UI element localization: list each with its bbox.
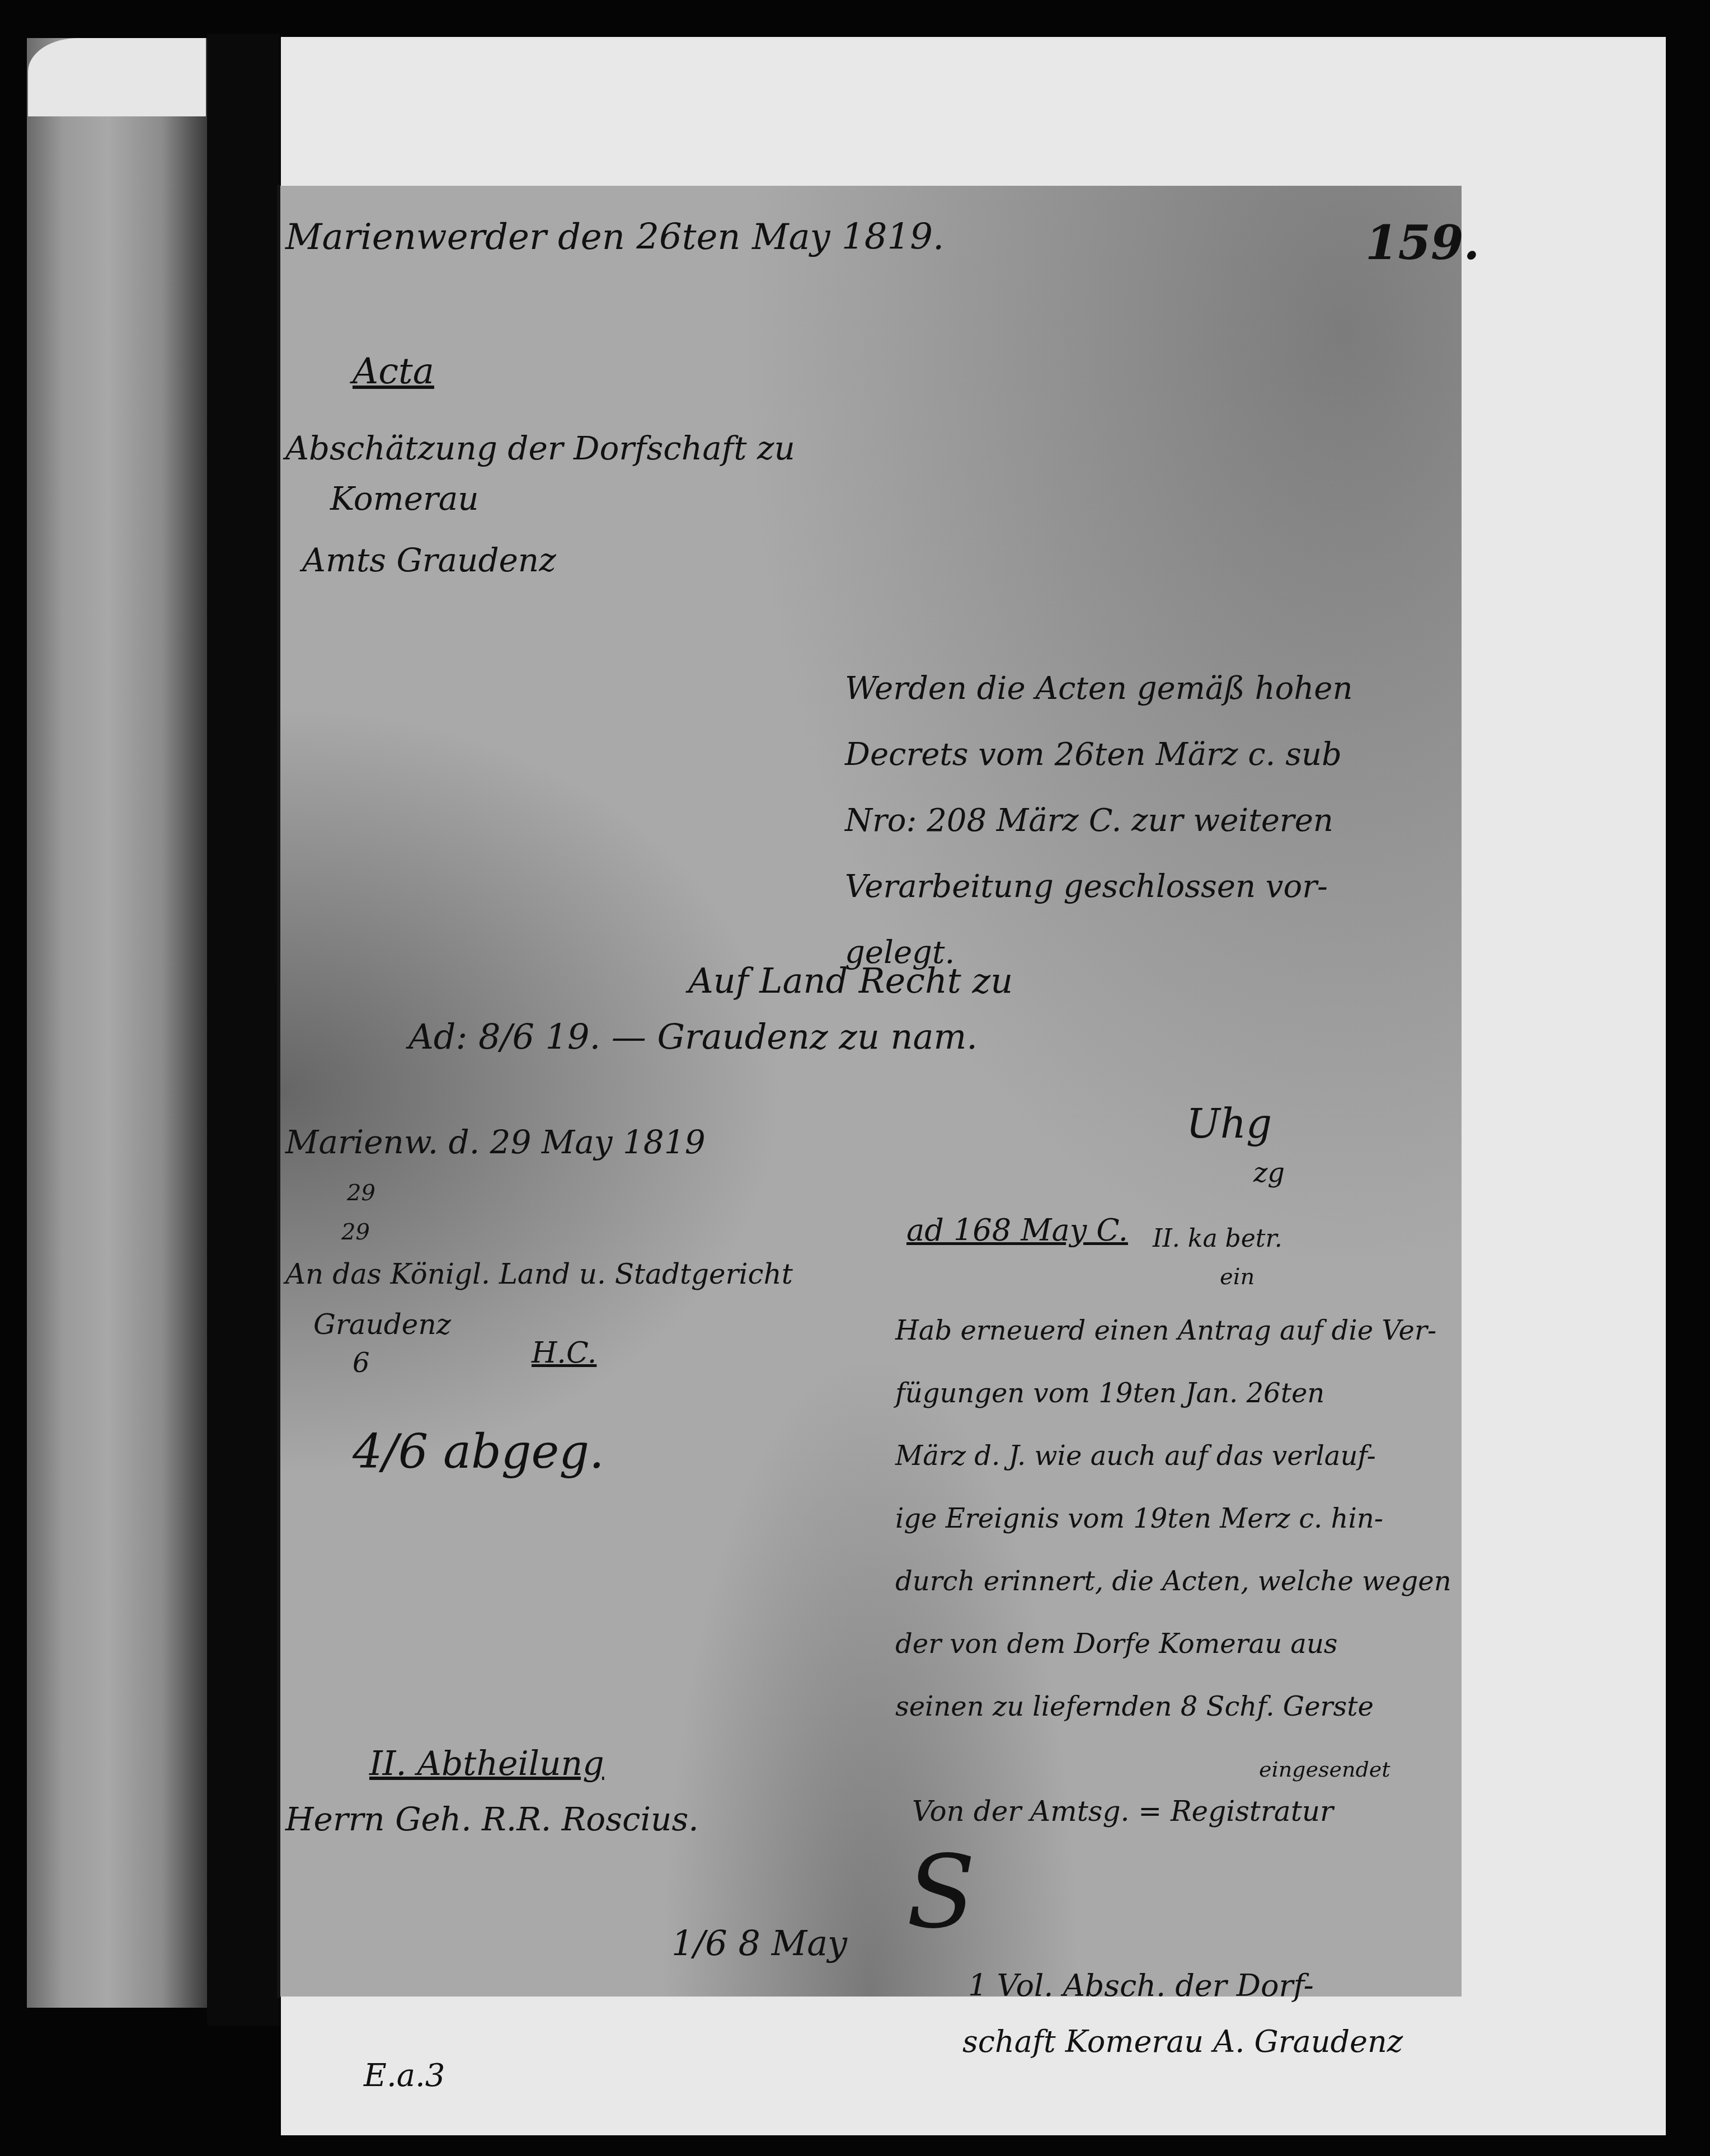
entry-line: ige Ereignis vom 19ten Merz c. hin- [895,1487,1451,1550]
entry-line: der von dem Dorfe Komerau aus [895,1613,1451,1675]
right-entry-note-under: ein [1220,1266,1255,1288]
registry-line: Von der Amtsg. = Registratur [912,1797,1333,1825]
document-sheet: Marienwerder den 26ten May 1819. 159. Ac… [280,186,1462,1997]
department-addressee: Herrn Geh. R.R. Roscius. [285,1803,699,1835]
recipient-line-2: Graudenz [313,1310,451,1338]
footer-reference-line-1: 1 Vol. Absch. der Dorf- [968,1971,1314,2001]
entry-line: Hab erneuerd einen Antrag auf die Ver- [895,1299,1451,1362]
decree-line: Verarbeitung geschlossen vor- [845,854,1353,920]
decree-line: Decrets vom 26ten März c. sub [845,722,1353,788]
entry-line: fügungen vom 19ten Jan. 26ten [895,1362,1451,1425]
marginal-note-line-2: Ad: 8/6 19. — Graudenz zu nam. [408,1020,978,1054]
recipient-mark: H.C. [532,1338,596,1368]
header-date-line: Marienwerder den 26ten May 1819. [285,219,944,255]
binding-spine-line [277,185,280,1998]
scroll-roll [27,38,207,2008]
decree-note: Werden die Acten gemäß hohen Decrets vom… [845,656,1353,986]
recipient-line-1: An das Königl. Land u. Stadtgericht [285,1260,793,1288]
entry-line: März d. J. wie auch auf das verlauf- [895,1425,1451,1487]
decree-line: Nro: 208 März C. zur weiteren [845,788,1353,854]
initials-sub: zg [1253,1159,1285,1186]
entry-line: eingesendet [895,1738,1451,1801]
footer-reference-line-2: schaft Komerau A. Graudenz [962,2027,1403,2057]
scroll-roll-top [28,38,206,116]
department-heading: II. Abtheilung [369,1747,604,1781]
title-heading: Acta [353,354,434,389]
initials-mark: Uhg [1186,1103,1272,1144]
signature-flourish: S [906,1842,975,1943]
title-subject-line-3: Amts Graudenz [302,544,556,576]
right-entry-heading: ad 168 May C. [906,1215,1128,1246]
dispatch-fraction-bottom: 29 [341,1221,370,1243]
right-entry-heading-note: II. ka betr. [1153,1227,1282,1251]
dispatched-note: 4/6 abgeg. [353,1428,604,1475]
right-entry-body: Hab erneuerd einen Antrag auf die Ver- f… [895,1299,1451,1801]
decree-line: Werden die Acten gemäß hohen [845,656,1353,722]
dispatch-date: Marienw. d. 29 May 1819 [285,1126,706,1158]
entry-line: durch erinnert, die Acten, welche wegen [895,1550,1451,1613]
received-date: 1/6 8 May [671,1926,847,1961]
corner-mark: E.a.3 [364,2060,445,2092]
title-subject-line-2: Komerau [330,482,479,515]
roll-shadow [207,34,280,2026]
entry-line: seinen zu liefernden 8 Schf. Gerste [895,1675,1451,1738]
recipient-sub: 6 [353,1350,370,1377]
marginal-note-line-1: Auf Land Recht zu [688,964,1013,998]
dispatch-fraction-top: 29 [347,1182,375,1204]
folio-number: 159. [1365,219,1480,266]
title-subject-line-1: Abschätzung der Dorfschaft zu [285,432,795,464]
